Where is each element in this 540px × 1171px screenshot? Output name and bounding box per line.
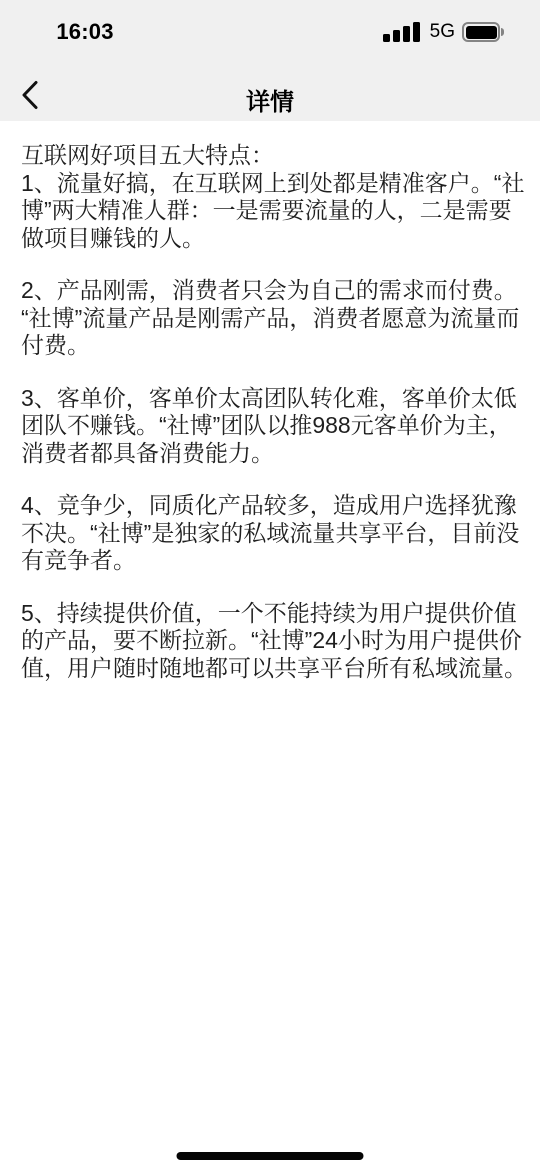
status-bar-right: 5G: [383, 21, 500, 43]
page-title: 详情: [0, 82, 540, 117]
status-bar: 16:03 5G: [0, 0, 540, 54]
cellular-signal-icon: [383, 22, 423, 42]
network-type-label: 5G: [430, 21, 455, 43]
status-time: 16:03: [50, 19, 120, 45]
body-paragraph: 5、持续提供价值，一个不能持续为用户提供价值的产品，要不断拉新。“社博”24小时…: [21, 600, 527, 683]
phone-screen: 16:03 5G: [0, 0, 540, 1171]
body-paragraph: 2、产品刚需，消费者只会为自己的需求而付费。“社博”流量产品是刚需产品，消费者愿…: [21, 277, 527, 360]
battery-icon: [462, 22, 500, 42]
battery-fill: [466, 26, 497, 39]
battery-cap: [501, 28, 504, 36]
home-indicator-bar[interactable]: [177, 1152, 364, 1160]
nav-bar: 详情: [0, 54, 540, 121]
body-paragraph: 3、客单价，客单价太高团队转化难，客单价太低团队不赚钱。“社博”团队以推988元…: [21, 385, 527, 468]
header: 16:03 5G: [0, 0, 540, 121]
body-paragraph: 4、竞争少，同质化产品较多，造成用户选择犹豫不决。“社博”是独家的私域流量共享平…: [21, 492, 527, 575]
detail-text-content: 互联网好项目五大特点： 1、流量好搞，在互联网上到处都是精准客户。“社博”两大精…: [0, 121, 540, 682]
body-paragraph: 互联网好项目五大特点： 1、流量好搞，在互联网上到处都是精准客户。“社博”两大精…: [21, 142, 527, 252]
